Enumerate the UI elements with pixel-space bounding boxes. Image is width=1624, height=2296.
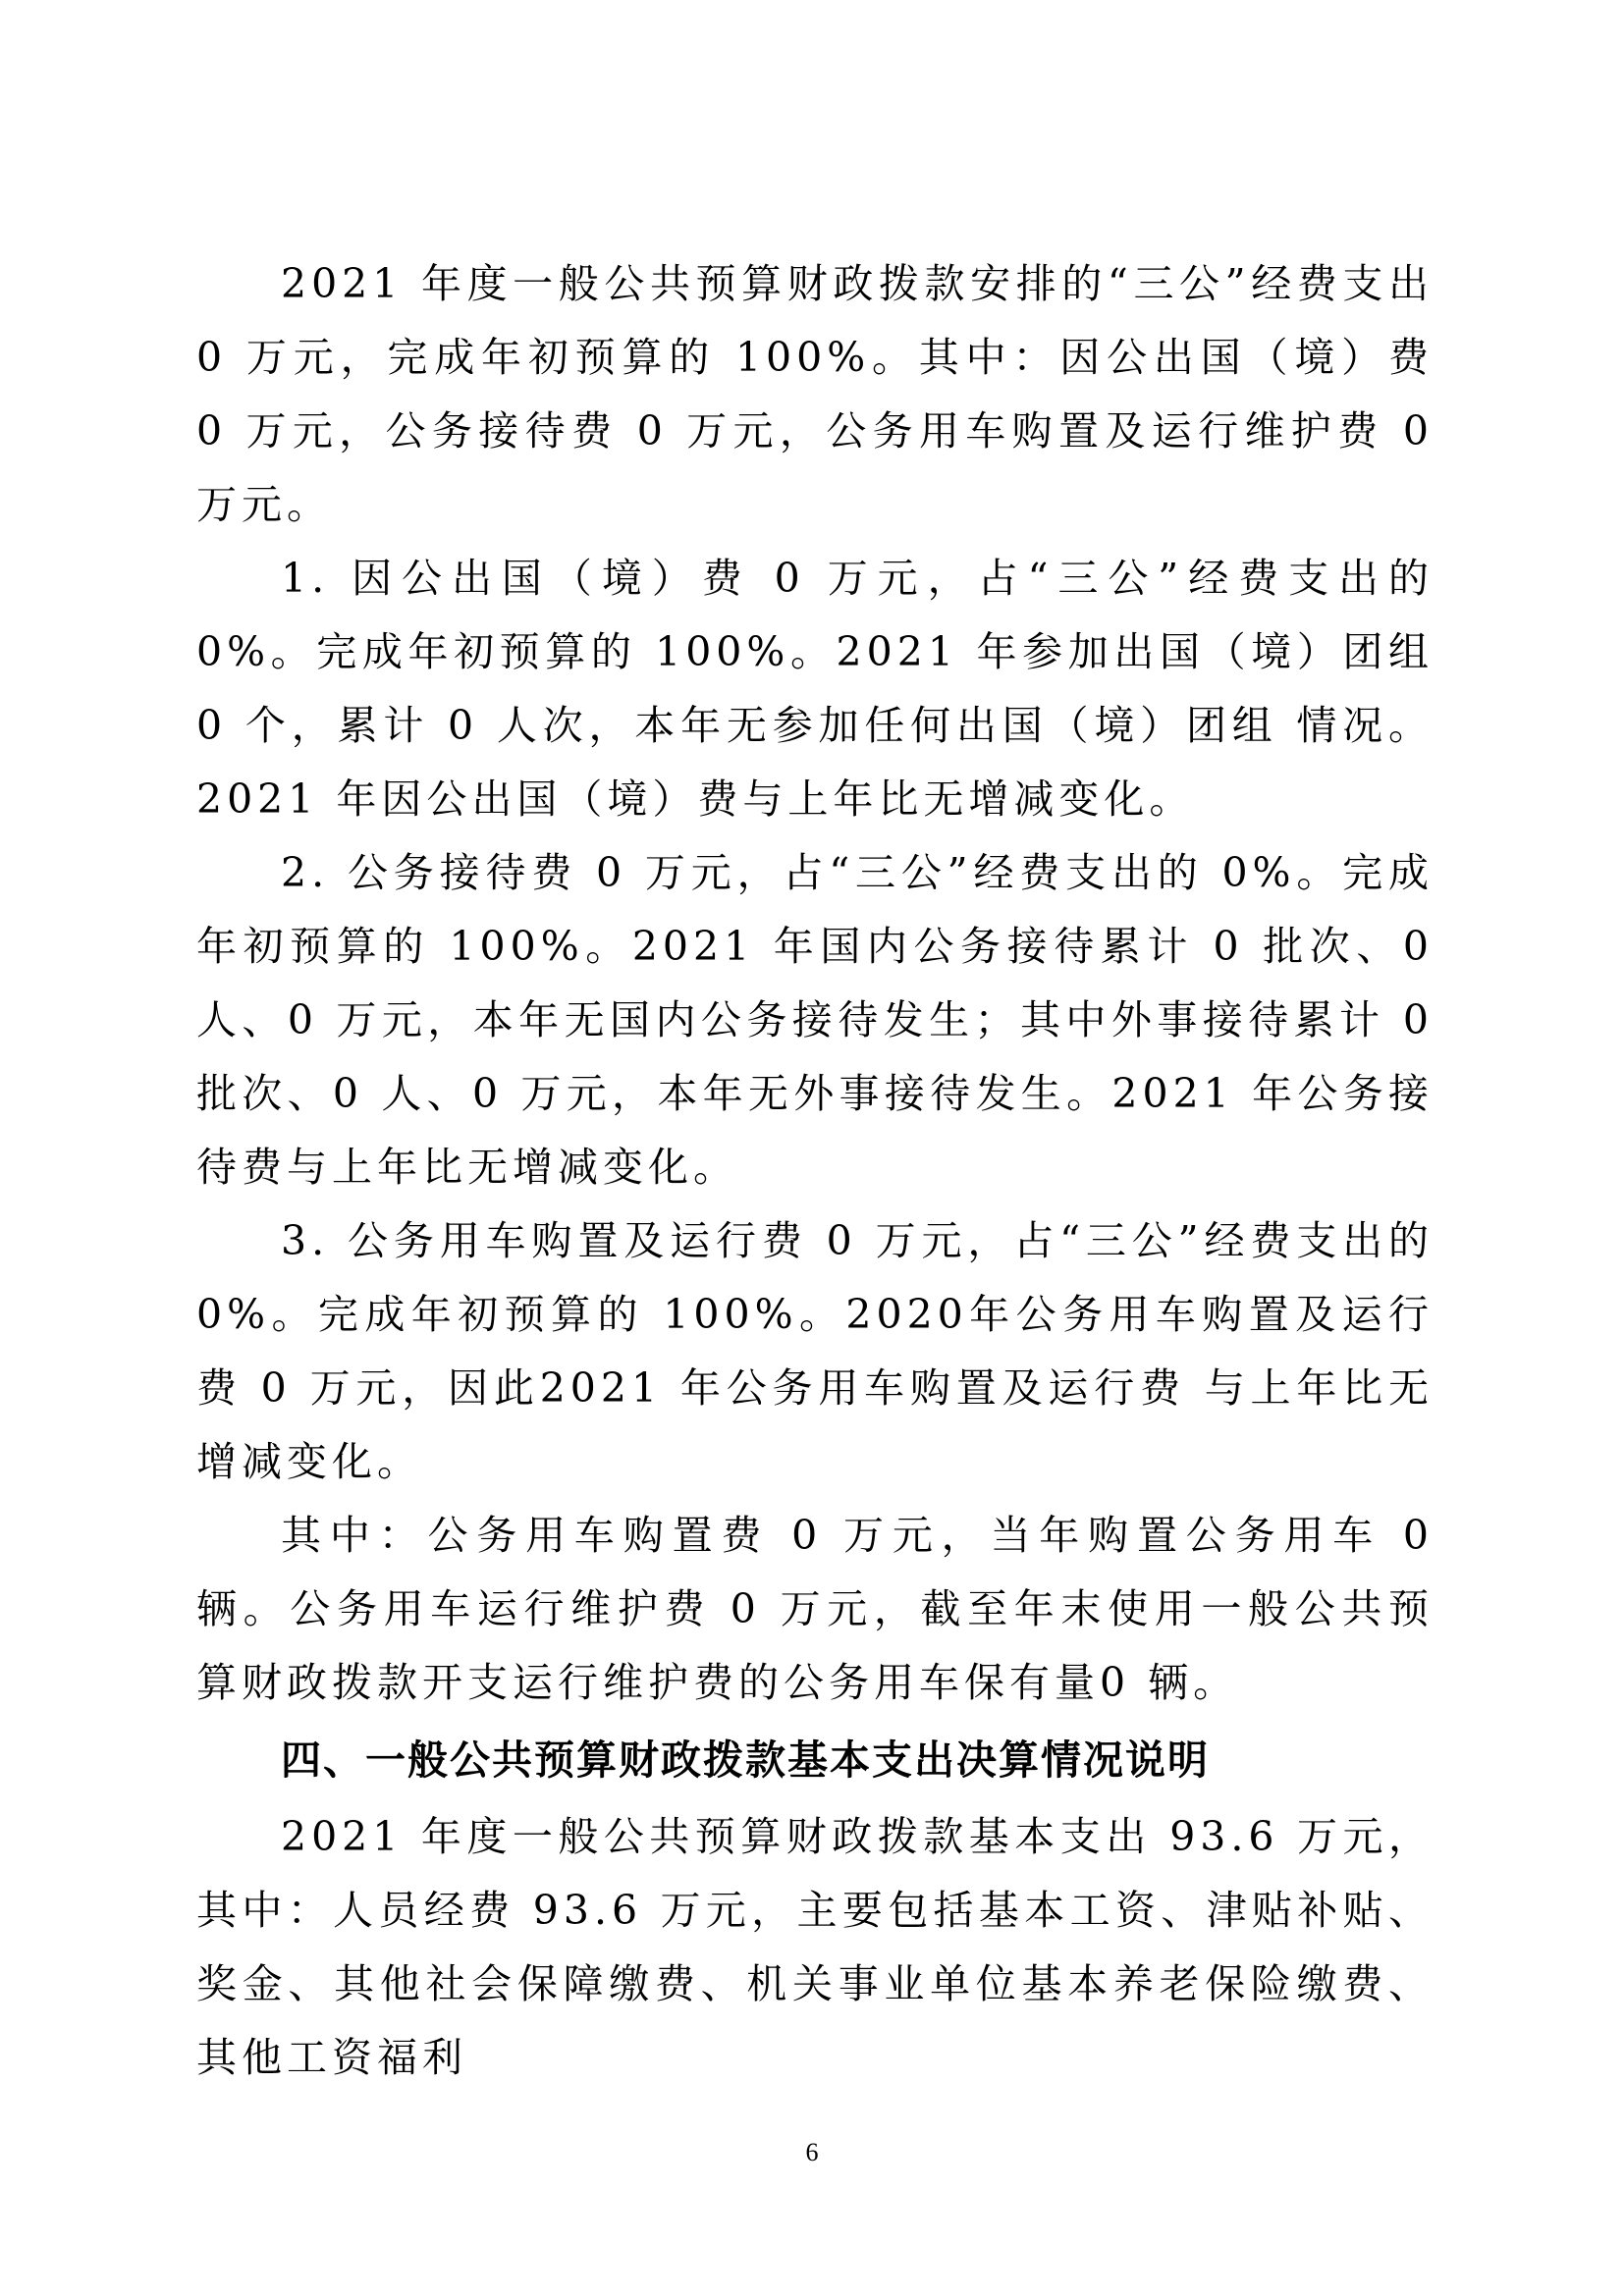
paragraph-official-vehicles: 3. 公务用车购置及运行费 0 万元，占“三公”经费支出的 0%。完成年初预算的… <box>196 1204 1434 1499</box>
page-number: 6 <box>0 2138 1624 2167</box>
paragraph-vehicle-details: 其中：公务用车购置费 0 万元，当年购置公务用车 0 辆。公务用车运行维护费 0… <box>196 1499 1434 1720</box>
paragraph-three-public-summary: 2021 年度一般公共预算财政拨款安排的“三公”经费支出 0 万元，完成年初预算… <box>196 247 1434 542</box>
document-page: 2021 年度一般公共预算财政拨款安排的“三公”经费支出 0 万元，完成年初预算… <box>196 247 1434 2095</box>
paragraph-official-reception: 2. 公务接待费 0 万元，占“三公”经费支出的 0%。完成年初预算的 100%… <box>196 836 1434 1204</box>
paragraph-overseas-travel: 1. 因公出国（境）费 0 万元，占“三公”经费支出的 0%。完成年初预算的 1… <box>196 542 1434 836</box>
section-heading: 四、一般公共预算财政拨款基本支出决算情况说明 <box>196 1720 1434 1800</box>
paragraph-basic-expenditure: 2021 年度一般公共预算财政拨款基本支出 93.6 万元，其中：人员经费 93… <box>196 1800 1434 2095</box>
